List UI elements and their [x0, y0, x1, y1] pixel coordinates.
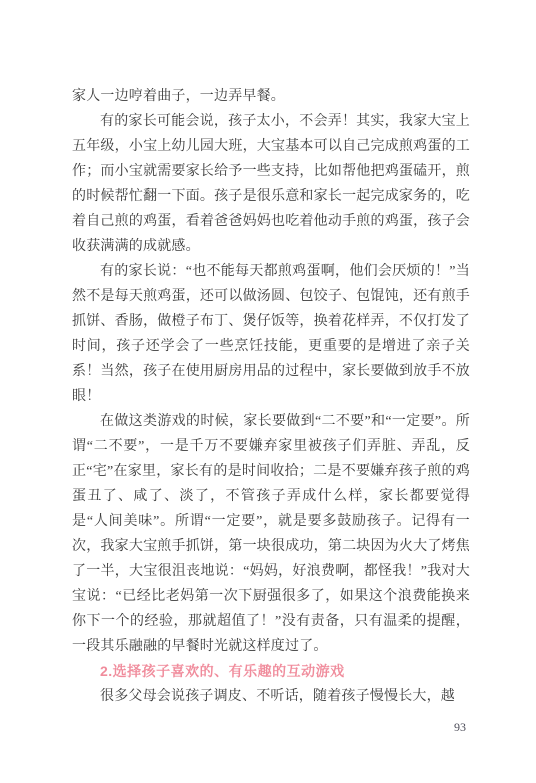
text-content: 家人一边哼着曲子，一边弄早餐。有的家长可能会说，孩子太小，不会弄！其实，我家大宝…	[72, 84, 470, 709]
page-number: 93	[454, 720, 466, 735]
book-page: 家人一边哼着曲子，一边弄早餐。有的家长可能会说，孩子太小，不会弄！其实，我家大宝…	[0, 0, 536, 783]
section-heading: 2.选择孩子喜欢的、有乐趣的互动游戏	[72, 659, 470, 684]
body-paragraph: 在做这类游戏的时候，家长要做到“二不要”和“一定要”。所谓“二不要”，一是千万不…	[72, 409, 470, 659]
body-paragraph: 家人一边哼着曲子，一边弄早餐。	[72, 84, 470, 109]
body-paragraph: 有的家长说：“也不能每天都煎鸡蛋啊，他们会厌烦的！”当然不是每天煎鸡蛋，还可以做…	[72, 259, 470, 409]
body-paragraph: 有的家长可能会说，孩子太小，不会弄！其实，我家大宝上五年级，小宝上幼儿园大班，大…	[72, 109, 470, 259]
body-paragraph: 很多父母会说孩子调皮、不听话，随着孩子慢慢长大，越	[72, 684, 470, 709]
